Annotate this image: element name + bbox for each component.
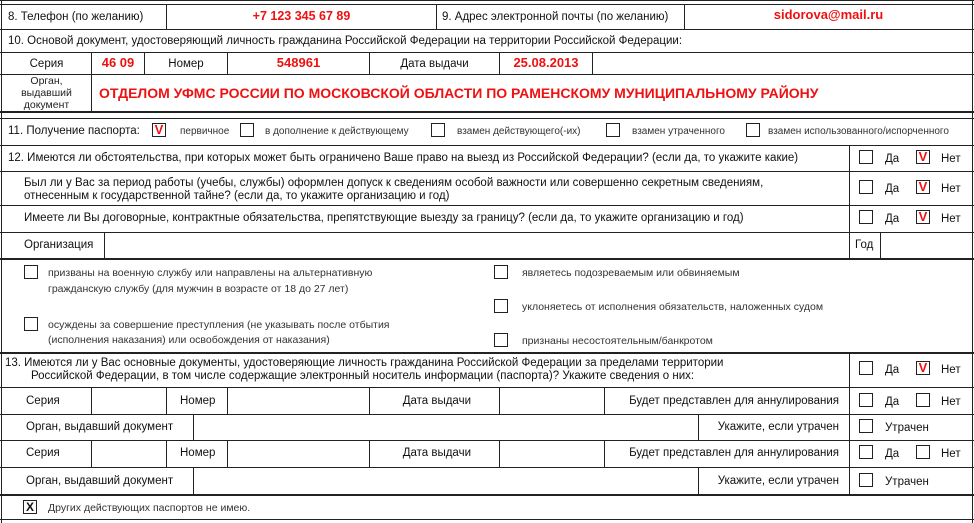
divider [166, 387, 167, 414]
lost-checkbox[interactable] [859, 419, 873, 433]
divider [849, 354, 850, 494]
phone-field[interactable]: +7 123 345 67 89 [167, 9, 436, 23]
number-label: Номер [180, 446, 215, 460]
series-field[interactable] [93, 389, 165, 413]
no-label: Нет [941, 212, 961, 226]
passport-additional-checkbox[interactable] [240, 123, 254, 137]
series-field[interactable] [93, 442, 165, 466]
annul-yes-checkbox[interactable] [859, 393, 873, 407]
divider [972, 0, 973, 523]
divider [193, 467, 194, 494]
divider [499, 440, 500, 467]
option-label: первичное [180, 125, 229, 139]
secret-access-no-checkbox[interactable]: V [916, 180, 930, 194]
issuer-field[interactable]: ОТДЕЛОМ УФМС РОССИИ ПО МОСКОВСКОЙ ОБЛАСТ… [99, 86, 819, 100]
lost-label: Утрачен [885, 421, 929, 435]
military-service-checkbox[interactable] [24, 265, 38, 279]
divider [849, 145, 850, 259]
divider [0, 494, 974, 496]
no-label: Нет [941, 447, 961, 461]
divider [0, 258, 974, 260]
no-label: Нет [941, 182, 961, 196]
bankrupt-checkbox[interactable] [494, 333, 508, 347]
issuer-label-line: документ [2, 99, 91, 111]
no-other-passports-checkbox[interactable]: X [23, 500, 37, 514]
secret-access-question-line2: отнесенным к государственной тайне? (есл… [24, 189, 449, 203]
divider [0, 352, 974, 354]
divider [0, 232, 974, 233]
issuer-field[interactable] [195, 416, 697, 439]
military-service-label-line2: гражданскую службу (для мужчин в возраст… [48, 282, 348, 296]
series-label: Серия [2, 57, 91, 71]
court-obligations-checkbox[interactable] [494, 299, 508, 313]
passport-primary-checkbox[interactable]: V [152, 123, 166, 137]
contract-question: Имеете ли Вы договорные, контрактные обя… [24, 211, 744, 225]
divider [0, 171, 974, 172]
option-label: взамен использованного/испорченного [768, 125, 949, 139]
option-label: взамен утраченного [632, 125, 725, 139]
divider [0, 519, 974, 520]
passport-replace-lost-checkbox[interactable] [606, 123, 620, 137]
email-label: 9. Адрес электронной почты (по желанию) [442, 10, 668, 24]
section10-title: 10. Основой документ, удостоверяющий лич… [8, 34, 682, 48]
phone-label: 8. Телефон (по желанию) [8, 10, 143, 24]
section12-question: 12. Имеются ли обстоятельства, при котор… [8, 151, 798, 165]
issue-date-field[interactable] [501, 442, 603, 466]
divider [91, 387, 92, 414]
convicted-checkbox[interactable] [24, 317, 38, 331]
divider [592, 52, 593, 74]
email-field[interactable]: sidorova@mail.ru [685, 8, 972, 22]
military-service-label: призваны на военную службу или направлен… [48, 266, 372, 280]
divider [0, 440, 974, 441]
divider [227, 440, 228, 467]
contract-yes-checkbox[interactable] [859, 210, 873, 224]
option-label: взамен действующего(-их) [457, 125, 580, 139]
no-label: Нет [941, 363, 961, 377]
convicted-label-line2: (исполнения наказания) или освобождения … [48, 333, 330, 347]
organization-label: Организация [24, 238, 93, 252]
divider [0, 414, 974, 415]
annul-yes-checkbox[interactable] [859, 445, 873, 459]
divider [436, 4, 437, 29]
secret-access-question: Был ли у Вас за период работы (учебы, сл… [24, 176, 763, 190]
yes-label: Да [885, 395, 899, 409]
divider [193, 414, 194, 440]
secret-access-yes-checkbox[interactable] [859, 180, 873, 194]
suspect-label: являетесь подозреваемым или обвиняемым [522, 266, 740, 280]
annul-label: Будет представлен для аннулирования [605, 446, 839, 460]
yes-label: Да [885, 182, 899, 196]
annul-no-checkbox[interactable] [916, 445, 930, 459]
divider [0, 387, 974, 388]
annul-no-checkbox[interactable] [916, 393, 930, 407]
organization-field[interactable] [106, 234, 848, 258]
lost-label: Утрачен [885, 475, 929, 489]
lost-hint: Укажите, если утрачен [699, 474, 839, 488]
issue-date-label: Дата выдачи [370, 446, 471, 460]
divider [0, 52, 974, 53]
issue-date-field[interactable] [501, 389, 603, 413]
divider [0, 0, 974, 1]
divider [499, 387, 500, 414]
divider [0, 4, 974, 5]
series-label: Серия [26, 446, 60, 460]
divider [0, 467, 974, 468]
no-label: Нет [941, 395, 961, 409]
issuer-label-line: Орган, [2, 75, 91, 87]
year-label: Год [855, 238, 873, 252]
passport-replace-used-checkbox[interactable] [746, 123, 760, 137]
restriction-no-checkbox[interactable]: V [916, 150, 930, 164]
bankrupt-label: признаны несостоятельным/банкротом [522, 334, 713, 348]
issuer-field[interactable] [195, 469, 697, 493]
issuer-label: Орган, выдавший документ [2, 75, 91, 111]
divider [0, 145, 974, 146]
section13-question-line2: Российской Федерации, в том числе содерж… [31, 369, 694, 383]
divider [0, 111, 974, 113]
series-label: Серия [26, 394, 60, 408]
foreign-passport-no-checkbox[interactable]: V [916, 361, 930, 375]
number-label: Номер [180, 394, 215, 408]
no-other-passports-label: Других действующих паспортов не имею. [48, 501, 250, 515]
section13-question: 13. Имеются ли у Вас основные документы,… [5, 356, 723, 370]
suspect-checkbox[interactable] [494, 265, 508, 279]
restriction-yes-checkbox[interactable] [859, 150, 873, 164]
issuer-label-line: выдавший [2, 87, 91, 99]
section11-label: 11. Получение паспорта: [8, 124, 140, 138]
divider [104, 232, 105, 259]
divider [91, 440, 92, 467]
yes-label: Да [885, 447, 899, 461]
number-field[interactable]: 548961 [228, 56, 369, 70]
foreign-passport-yes-checkbox[interactable] [859, 361, 873, 375]
lost-hint: Укажите, если утрачен [699, 420, 839, 434]
issue-date-field[interactable]: 25.08.2013 [500, 56, 592, 70]
divider [227, 387, 228, 414]
yes-label: Да [885, 152, 899, 166]
number-label: Номер [145, 57, 227, 71]
yes-label: Да [885, 212, 899, 226]
divider [0, 29, 974, 30]
court-obligations-label: уклоняетесь от исполнения обязательств, … [522, 300, 823, 314]
number-field[interactable] [229, 442, 368, 466]
yes-label: Да [885, 363, 899, 377]
option-label: в дополнение к действующему [265, 125, 409, 139]
divider [880, 232, 881, 259]
year-field[interactable] [882, 234, 971, 258]
issuer-label: Орган, выдавший документ [26, 420, 173, 434]
passport-replace-current-checkbox[interactable] [431, 123, 445, 137]
issue-date-label: Дата выдачи [370, 57, 499, 71]
divider [0, 205, 974, 206]
annul-label: Будет представлен для аннулирования [605, 394, 839, 408]
convicted-label: осуждены за совершение преступления (не … [48, 318, 390, 332]
divider [0, 74, 974, 75]
lost-checkbox[interactable] [859, 473, 873, 487]
divider [166, 440, 167, 467]
issue-date-label: Дата выдачи [370, 394, 471, 408]
contract-no-checkbox[interactable]: V [916, 210, 930, 224]
issuer-label: Орган, выдавший документ [26, 474, 173, 488]
number-field[interactable] [229, 389, 368, 413]
series-field[interactable]: 46 09 [92, 56, 144, 70]
divider [0, 118, 974, 119]
no-label: Нет [941, 152, 961, 166]
